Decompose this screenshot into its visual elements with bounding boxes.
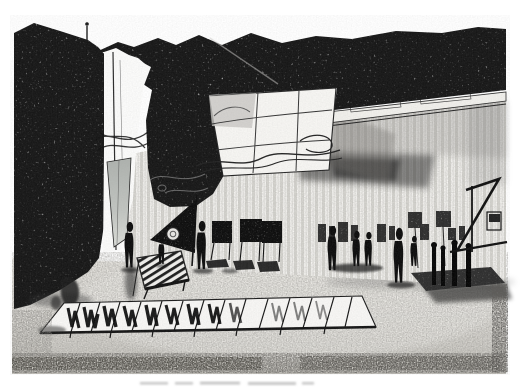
sketch-page: [0, 0, 520, 390]
faint-caption-marks: [140, 382, 314, 385]
paper-tooth-overlay: [10, 15, 510, 375]
sketch-canvas: [0, 0, 520, 390]
artwork-figure: [0, 0, 520, 390]
